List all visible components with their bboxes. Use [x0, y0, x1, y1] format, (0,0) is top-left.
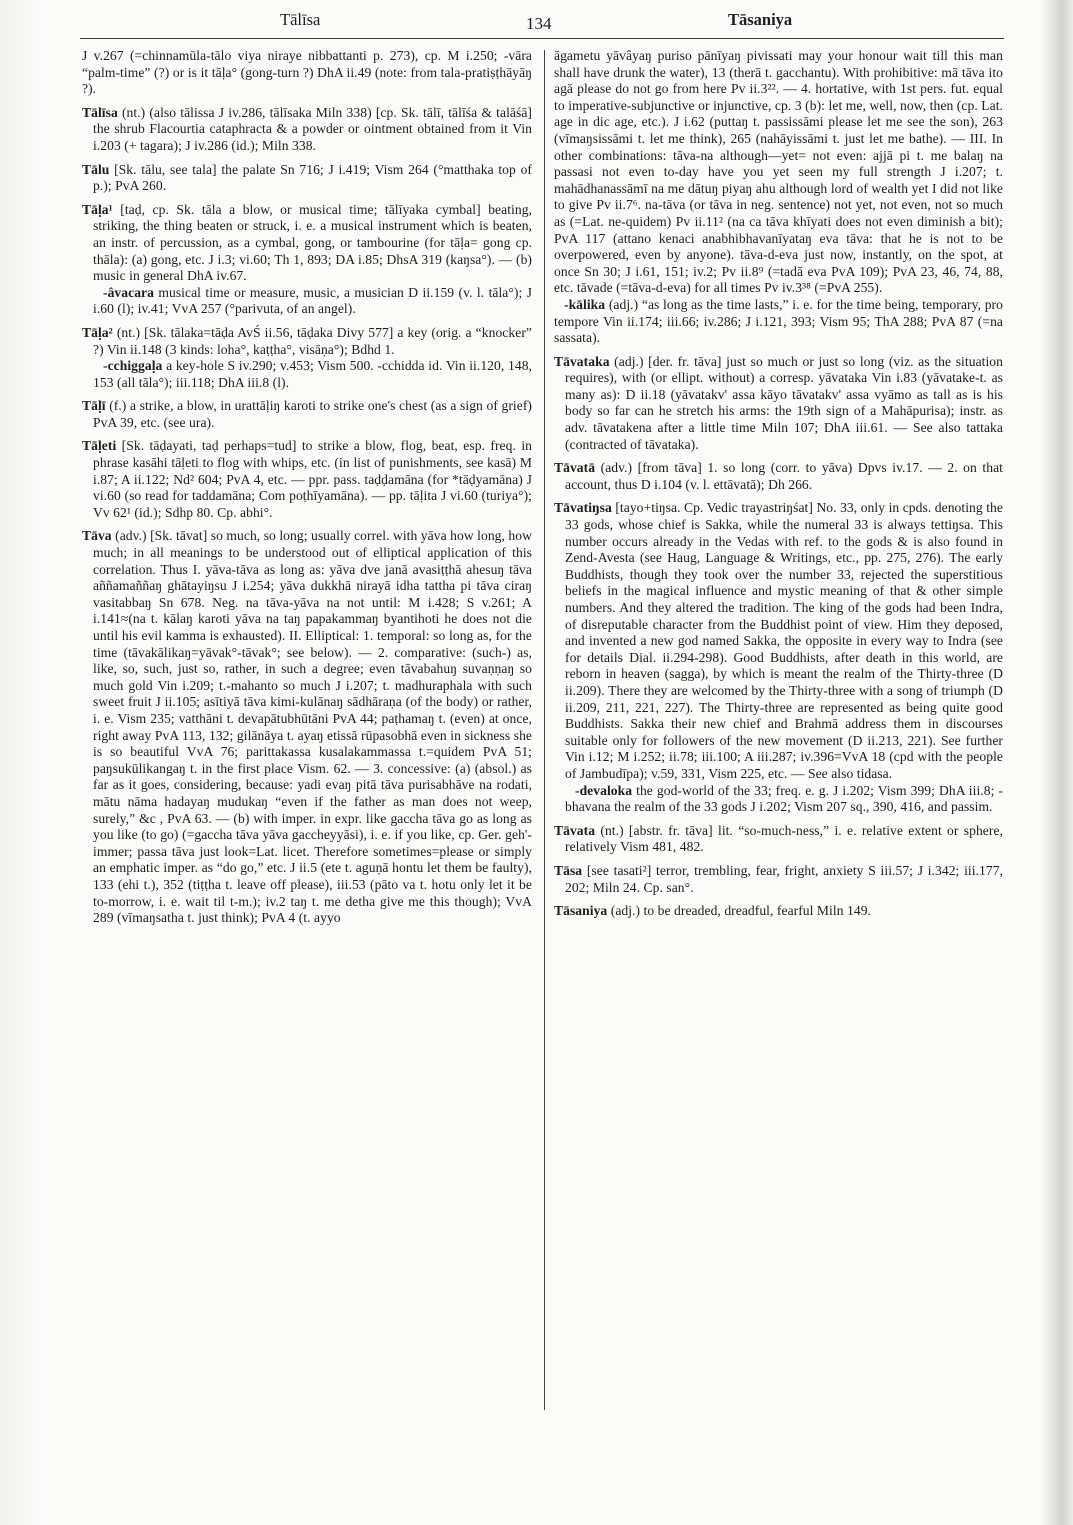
entry-body: (nt.) [Sk. tālaka=tāḍa AvŚ ii.56, tāḍaka…	[93, 325, 532, 357]
right-column: āgametu yāvâyaŋ puriso pānīyaŋ pivissati…	[554, 48, 1003, 927]
dictionary-page: Tālīsa 134 Tāsaniya J v.267 (=chinnamūla…	[0, 0, 1073, 1525]
left-guide-word: Tālīsa	[280, 10, 320, 30]
headword: Tāvata	[554, 823, 595, 838]
dictionary-entry: Tāḷa¹ [taḍ, cp. Sk. tāla a blow, or musi…	[82, 202, 532, 285]
dictionary-entry: Tāsa [see tasati²] terror, trembling, fe…	[554, 863, 1003, 896]
compound-subentry: -kālika (adj.) “as long as the time last…	[554, 297, 1003, 347]
compound-subentry: -devaloka the god-world of the 33; freq.…	[554, 783, 1003, 816]
headword: Tāvatiŋsa	[554, 500, 612, 515]
dictionary-entry: Tāvataka (adj.) [der. fr. tāva] just so …	[554, 354, 1003, 454]
dictionary-entry: Tāvatā (adv.) [from tāva] 1. so long (co…	[554, 460, 1003, 493]
headword: Tāsa	[554, 863, 582, 878]
running-head: Tālīsa 134 Tāsaniya	[80, 8, 1004, 39]
entry-body: [see tasati²] terror, trembling, fear, f…	[565, 863, 1003, 895]
compound-subentry: -cchiggaḷa a key-hole S iv.290; v.453; V…	[82, 358, 532, 391]
dictionary-entry: Tāva (adv.) [Sk. tāvat] so much, so long…	[82, 528, 532, 926]
headword: Tāva	[82, 528, 112, 543]
entry-body: [Sk. tāḍayati, taḍ perhaps=tud] to strik…	[93, 438, 532, 519]
headword: Tāḷī	[82, 398, 106, 413]
entry-body: (adv.) [from tāva] 1. so long (corr. to …	[565, 460, 1003, 492]
dictionary-entry: Tālīsa (nt.) (also tālissa J iv.286, tāl…	[82, 105, 532, 155]
right-guide-word: Tāsaniya	[728, 10, 792, 30]
headword: Tāsaniya	[554, 903, 607, 918]
compound-subentry: -âvacara musical time or measure, music,…	[82, 285, 532, 318]
entry-body: (nt.) [abstr. fr. tāva] lit. “so-much-ne…	[565, 823, 1003, 855]
left-column: J v.267 (=chinnamūla-tālo viya niraye ni…	[82, 48, 532, 934]
headword: Tāvatā	[554, 460, 595, 475]
headword: Tālīsa	[82, 105, 118, 120]
compound-body: (adj.) “as long as the time lasts,” i. e…	[554, 297, 1003, 345]
entry-body: [taḍ, cp. Sk. tāla a blow, or musical ti…	[93, 202, 532, 283]
headword: Tāḷeti	[82, 438, 116, 453]
dictionary-entry: Tāvata (nt.) [abstr. fr. tāva] lit. “so-…	[554, 823, 1003, 856]
dictionary-entry: Tāsaniya (adj.) to be dreaded, dreadful,…	[554, 903, 1003, 920]
headword: Tāḷa¹	[82, 202, 113, 217]
dictionary-entry: Tāḷī (f.) a strike, a blow, in urattāḷiŋ…	[82, 398, 532, 431]
page-number: 134	[526, 14, 552, 34]
dictionary-entry: Tāvatiŋsa [tayo+tiŋsa. Cp. Vedic trayast…	[554, 500, 1003, 782]
entry-body: [Sk. tālu, see tala] the palate Sn 716; …	[93, 162, 532, 194]
entry-body: (f.) a strike, a blow, in urattāḷiŋ karo…	[93, 398, 532, 430]
continued-text: J v.267 (=chinnamūla-tālo viya niraye ni…	[82, 48, 532, 98]
entry-body: (adv.) [Sk. tāvat] so much, so long; usu…	[93, 528, 532, 925]
entry-body: (adj.) [der. fr. tāva] just so much or j…	[565, 354, 1003, 452]
compound-body: musical time or measure, music, a musici…	[93, 285, 532, 317]
headword: Tāḷa²	[82, 325, 113, 340]
headword: Tāvataka	[554, 354, 610, 369]
column-divider	[544, 50, 545, 1410]
dictionary-entry: Tāḷeti [Sk. tāḍayati, taḍ perhaps=tud] t…	[82, 438, 532, 521]
compound-term: -âvacara	[103, 285, 154, 300]
compound-term: -kālika	[564, 297, 605, 312]
compound-term: -devaloka	[575, 783, 632, 798]
entry-body: (nt.) (also tālissa J iv.286, tālīsaka M…	[93, 105, 532, 153]
dictionary-entry: Tālu [Sk. tālu, see tala] the palate Sn …	[82, 162, 532, 195]
headword: Tālu	[82, 162, 109, 177]
entry-body: [tayo+tiŋsa. Cp. Vedic trayastriŋśat] No…	[565, 500, 1003, 781]
dictionary-entry: Tāḷa² (nt.) [Sk. tālaka=tāḍa AvŚ ii.56, …	[82, 325, 532, 358]
page-edge-bleedthrough	[1058, 1290, 1068, 1410]
continued-text: āgametu yāvâyaŋ puriso pānīyaŋ pivissati…	[554, 48, 1003, 297]
entry-body: (adj.) to be dreaded, dreadful, fearful …	[607, 903, 871, 918]
compound-term: -cchiggaḷa	[103, 358, 162, 373]
